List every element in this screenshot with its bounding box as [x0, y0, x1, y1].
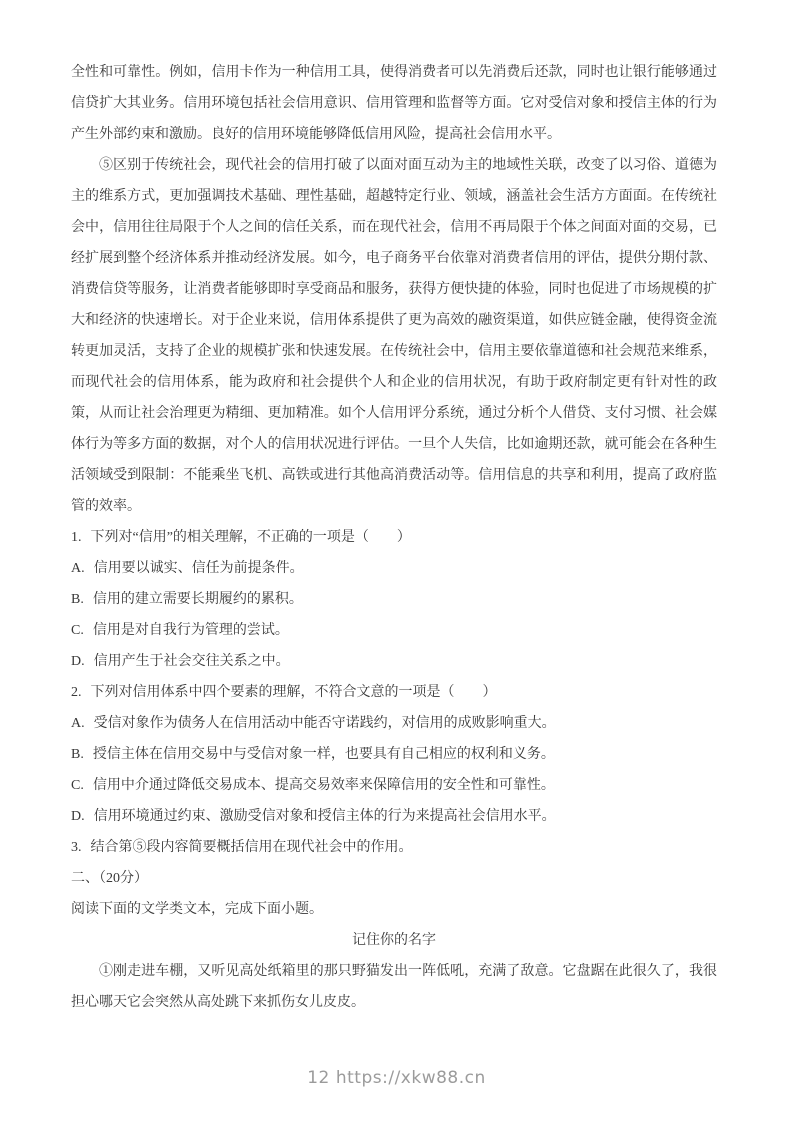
- question-1-option-a: A.信用要以诚实、信任为前提条件。: [71, 553, 717, 584]
- option-label: A.: [71, 708, 85, 739]
- option-text: 信用是对自我行为管理的尝试。: [93, 623, 289, 638]
- question-2-option-c: C.信用中介通过降低交易成本、提高交易效率来保障信用的安全性和可靠性。: [71, 770, 717, 801]
- page-footer: 12https://xkw88.cn: [0, 1068, 793, 1088]
- exam-content: 全性和可靠性。例如，信用卡作为一种信用工具，使得消费者可以先消费后还款，同时也让…: [71, 57, 717, 1018]
- exam-page: 全性和可靠性。例如，信用卡作为一种信用工具，使得消费者可以先消费后还款，同时也让…: [0, 0, 793, 1122]
- option-label: C.: [71, 615, 84, 646]
- option-text: 信用的建立需要长期履约的累积。: [93, 592, 303, 607]
- option-text: 信用环境通过约束、激励受信对象和授信主体的行为来提高社会信用水平。: [94, 809, 556, 824]
- watermark-url: https://xkw88.cn: [336, 1068, 486, 1088]
- question-1-option-d: D.信用产生于社会交往关系之中。: [71, 646, 717, 677]
- question-2: 2.下列对信用体系中四个要素的理解，不符合文意的一项是（ ）: [71, 677, 717, 708]
- option-label: C.: [71, 770, 84, 801]
- option-label: B.: [71, 739, 84, 770]
- essay-paragraph-1: ①刚走进车棚，又听见高处纸箱里的那只野猫发出一阵低吼，充满了敌意。它盘踞在此很久…: [71, 956, 717, 1018]
- question-3: 3.结合第⑤段内容简要概括信用在现代社会中的作用。: [71, 832, 717, 863]
- question-1-stem: 下列对“信用”的相关理解，不正确的一项是（ ）: [91, 530, 411, 545]
- question-1-option-b: B.信用的建立需要长期履约的累积。: [71, 584, 717, 615]
- option-text: 信用中介通过降低交易成本、提高交易效率来保障信用的安全性和可靠性。: [93, 778, 555, 793]
- reading-instruction: 阅读下面的文学类文本，完成下面小题。: [71, 894, 717, 925]
- option-text: 信用产生于社会交往关系之中。: [94, 654, 290, 669]
- option-label: D.: [71, 801, 85, 832]
- page-number: 12: [307, 1068, 330, 1088]
- option-label: A.: [71, 553, 85, 584]
- option-text: 信用要以诚实、信任为前提条件。: [94, 561, 304, 576]
- option-label: D.: [71, 646, 85, 677]
- question-1: 1.下列对“信用”的相关理解，不正确的一项是（ ）: [71, 522, 717, 553]
- option-text: 授信主体在信用交易中与受信对象一样，也要具有自己相应的权利和义务。: [93, 747, 555, 762]
- question-3-stem: 结合第⑤段内容简要概括信用在现代社会中的作用。: [91, 840, 413, 855]
- question-3-number: 3.: [71, 832, 82, 863]
- question-2-stem: 下列对信用体系中四个要素的理解，不符合文意的一项是（ ）: [91, 685, 497, 700]
- option-label: B.: [71, 584, 84, 615]
- section-2-header: 二、（20分）: [71, 863, 717, 894]
- question-2-option-a: A.受信对象作为债务人在信用活动中能否守诺践约，对信用的成败影响重大。: [71, 708, 717, 739]
- question-2-number: 2.: [71, 677, 82, 708]
- question-1-number: 1.: [71, 522, 82, 553]
- question-1-option-c: C.信用是对自我行为管理的尝试。: [71, 615, 717, 646]
- question-2-option-d: D.信用环境通过约束、激励受信对象和授信主体的行为来提高社会信用水平。: [71, 801, 717, 832]
- paragraph-credit-wrapup: 全性和可靠性。例如，信用卡作为一种信用工具，使得消费者可以先消费后还款，同时也让…: [71, 57, 717, 150]
- question-2-option-b: B.授信主体在信用交易中与受信对象一样，也要具有自己相应的权利和义务。: [71, 739, 717, 770]
- paragraph-5: ⑤区别于传统社会，现代社会的信用打破了以面对面互动为主的地域性关联，改变了以习俗…: [71, 150, 717, 522]
- essay-title: 记住你的名字: [71, 925, 717, 956]
- option-text: 受信对象作为债务人在信用活动中能否守诺践约，对信用的成败影响重大。: [94, 716, 556, 731]
